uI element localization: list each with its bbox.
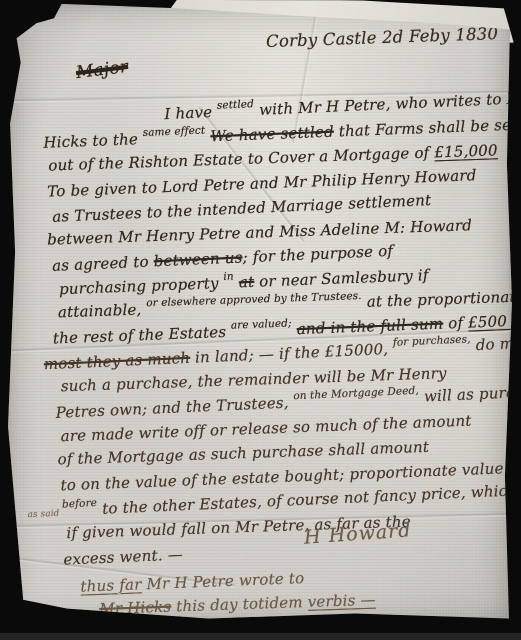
letter-paper: Corby Castle 2d Feby 1830 Major I have s… xyxy=(6,2,512,626)
backdrop-bottom-strip xyxy=(0,633,521,640)
dateline: Corby Castle 2d Feby 1830 xyxy=(266,24,499,51)
handwritten-text: excess went. — xyxy=(63,545,183,568)
handwritten-text: ; for the purpose of xyxy=(242,242,393,267)
underlined-text: £15,000 xyxy=(434,141,498,161)
struck-heading: Major xyxy=(75,57,129,83)
handwritten-text: as agreed to xyxy=(52,252,154,275)
underlined-text: £500 per annum xyxy=(468,308,521,331)
inserted-text: same effect xyxy=(142,118,205,145)
struck-text: Mr Hicks xyxy=(99,598,172,618)
underlined-text: thus far xyxy=(80,575,142,595)
inserted-text: before xyxy=(62,491,98,517)
handwritten-text: will as purchasers xyxy=(419,381,521,406)
struck-text: We have settled xyxy=(210,122,334,145)
photo-backdrop: Corby Castle 2d Feby 1830 Major I have s… xyxy=(0,0,521,640)
handwritten-text: attainable, xyxy=(58,300,147,321)
handwritten-text: this day totidem xyxy=(171,593,308,616)
underlined-text: verbis — xyxy=(307,591,376,611)
handwritten-text: in land; — if the £15000, xyxy=(190,340,394,367)
handwritten-text: do more than cover xyxy=(470,329,521,354)
inserted-text: are valued; xyxy=(230,311,292,338)
handwritten-text: Mr H Petre wrote to xyxy=(141,569,304,593)
handwritten-text: Hicks to the xyxy=(43,129,143,151)
inserted-text: settled xyxy=(216,92,254,118)
handwritten-text: the rest of the Estates xyxy=(53,322,232,347)
letter-body: I have settled with Mr H Petre, who writ… xyxy=(36,88,521,624)
inserted-text: in xyxy=(223,264,234,289)
margin-note: as said xyxy=(27,509,62,521)
inserted-text: for purchases, xyxy=(392,327,471,355)
inserted-text: on the Mortgage Deed, xyxy=(293,379,419,409)
handwritten-text: that Farms shall be selected xyxy=(333,113,521,140)
